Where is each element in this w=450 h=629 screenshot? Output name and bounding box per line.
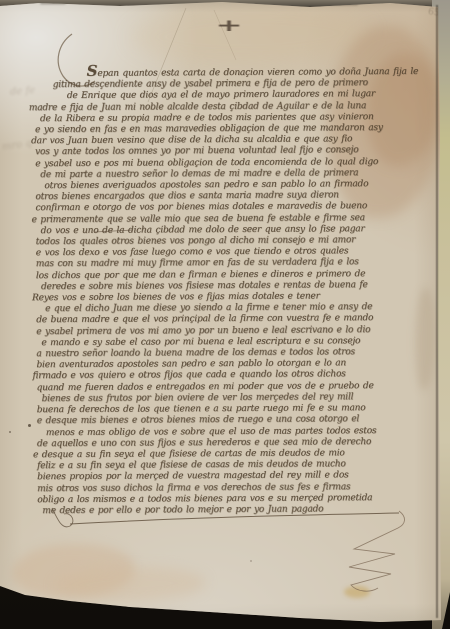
ink-speck [28, 424, 31, 427]
manuscript-page: + 65 de fe mro q Sepan quantos esta cart… [0, 0, 450, 629]
ink-speck [250, 560, 252, 562]
closing-rubric-flourish [0, 0, 450, 629]
page-edge-shadow [436, 5, 438, 618]
ink-speck [9, 431, 11, 433]
top-edge-smudge [328, 2, 358, 5]
photo-backdrop: + 65 de fe mro q Sepan quantos esta cart… [0, 0, 450, 629]
top-edge-smudge [40, 1, 66, 4]
